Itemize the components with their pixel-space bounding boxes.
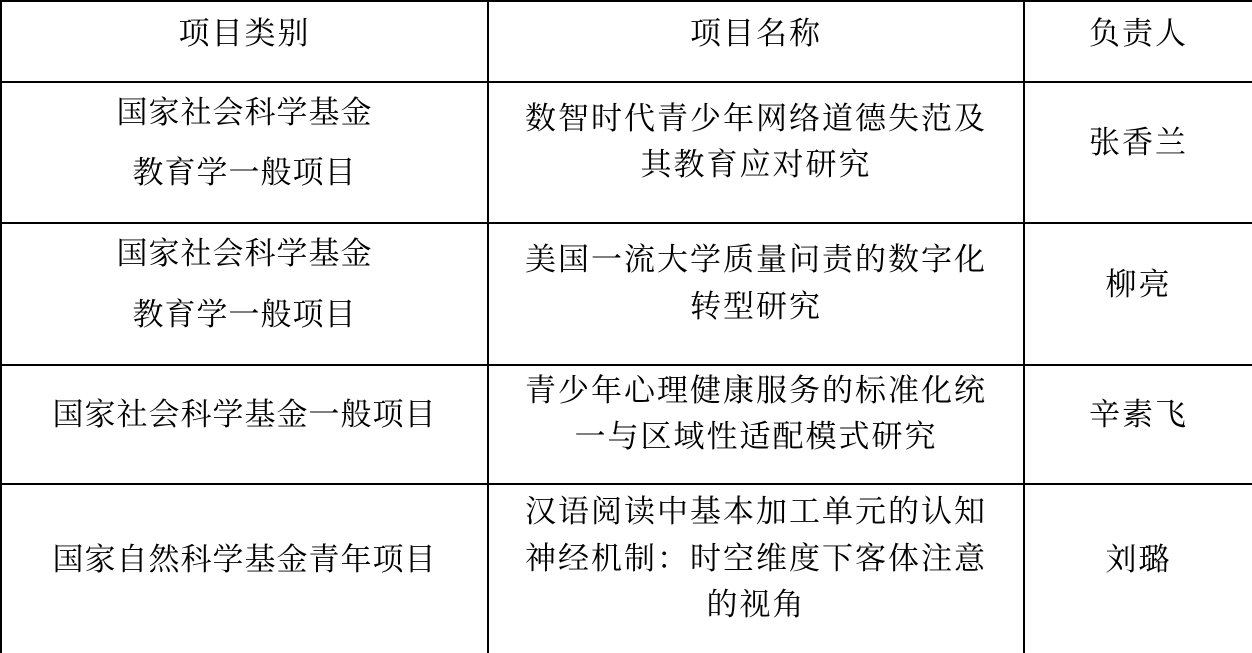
cell-project-category: 国家社会科学基金 教育学一般项目 [1, 82, 488, 223]
table-row: 国家社会科学基金 教育学一般项目 美国一流大学质量问责的数字化 转型研究 柳亮 [1, 223, 1252, 365]
cell-project-name: 汉语阅读中基本加工单元的认知 神经机制：时空维度下客体注意 的视角 [488, 484, 1024, 653]
cell-project-leader: 张香兰 [1024, 82, 1252, 223]
cell-project-name: 美国一流大学质量问责的数字化 转型研究 [488, 223, 1024, 365]
projects-table: 项目类别 项目名称 负责人 国家社会科学基金 教育学一般项目 数智时代青少年网络… [0, 0, 1252, 653]
document-page: 项目类别 项目名称 负责人 国家社会科学基金 教育学一般项目 数智时代青少年网络… [0, 0, 1252, 653]
cell-project-category: 国家社会科学基金 教育学一般项目 [1, 223, 488, 365]
column-header-leader: 负责人 [1024, 1, 1252, 82]
cell-project-leader: 辛素飞 [1024, 365, 1252, 484]
table-row: 国家社会科学基金 教育学一般项目 数智时代青少年网络道德失范及 其教育应对研究 … [1, 82, 1252, 223]
table-row: 国家自然科学基金青年项目 汉语阅读中基本加工单元的认知 神经机制：时空维度下客体… [1, 484, 1252, 653]
column-header-category: 项目类别 [1, 1, 488, 82]
cell-project-category: 国家自然科学基金青年项目 [1, 484, 488, 653]
cell-project-name: 数智时代青少年网络道德失范及 其教育应对研究 [488, 82, 1024, 223]
cell-project-leader: 柳亮 [1024, 223, 1252, 365]
cell-project-leader: 刘璐 [1024, 484, 1252, 653]
table-header-row: 项目类别 项目名称 负责人 [1, 1, 1252, 82]
cell-project-category: 国家社会科学基金一般项目 [1, 365, 488, 484]
cell-project-name: 青少年心理健康服务的标准化统 一与区域性适配模式研究 [488, 365, 1024, 484]
table-row: 国家社会科学基金一般项目 青少年心理健康服务的标准化统 一与区域性适配模式研究 … [1, 365, 1252, 484]
column-header-name: 项目名称 [488, 1, 1024, 82]
